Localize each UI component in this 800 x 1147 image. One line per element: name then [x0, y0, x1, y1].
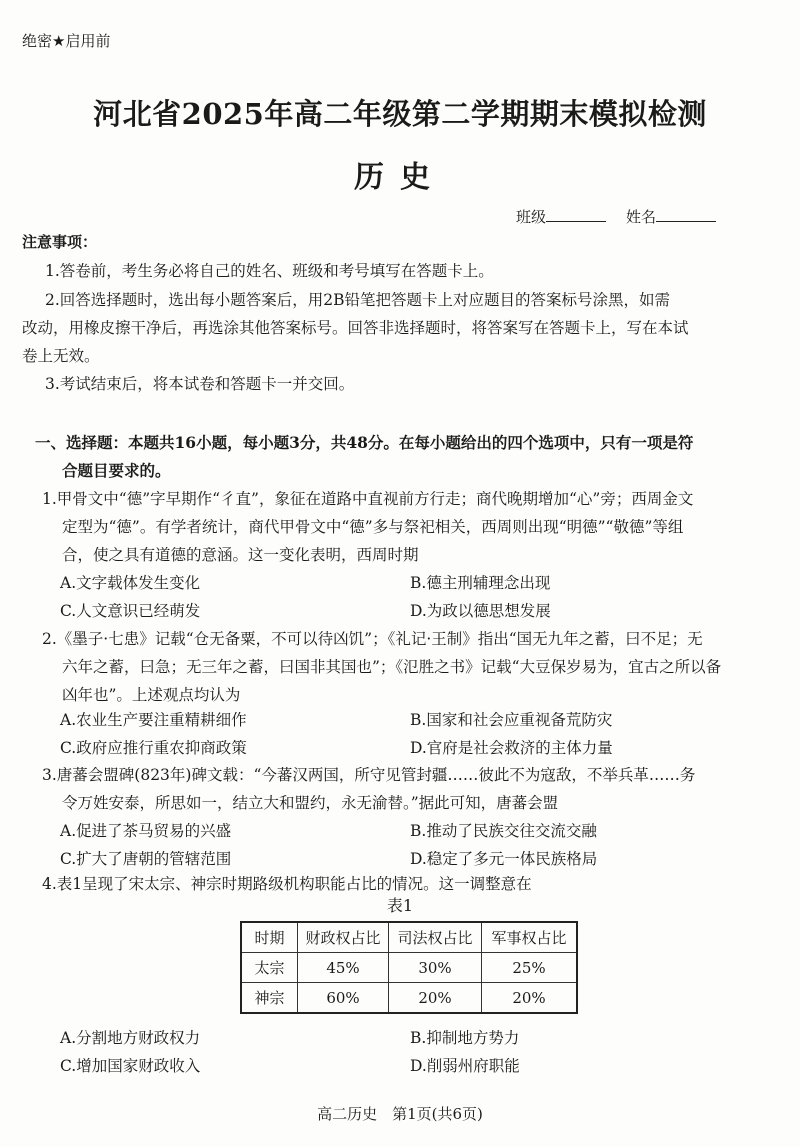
question-2-option-b: B.国家和社会应重视备荒防灾	[410, 708, 612, 730]
question-3-stem-cont: 令万姓安泰，所思如一，结立大和盟约，永无渝替。”据此可知，唐蕃会盟	[62, 791, 558, 813]
question-3-option-d: D.稳定了多元一体民族格局	[410, 847, 597, 869]
question-3-option-c: C.扩大了唐朝的管辖范围	[60, 847, 231, 869]
question-2-stem: 2.《墨子·七患》记载“仓无备粟，不可以待凶饥”；《礼记·王制》指出“国无九年之…	[42, 627, 703, 649]
question-1-option-a: A.文字载体发生变化	[60, 571, 200, 593]
table-header-cell: 军事权占比	[482, 922, 578, 953]
section-heading: 一、选择题：本题共16小题，每小题3分，共48分。在每小题给出的四个选项中，只有…	[35, 431, 693, 453]
question-4-option-a: A.分割地方财政权力	[60, 1026, 200, 1048]
table-header-row: 时期 财政权占比 司法权占比 军事权占比	[241, 922, 577, 953]
confidential-label: 绝密★启用前	[22, 30, 110, 51]
notice-item-2: 2.回答选择题时，选出每小题答案后，用2B铅笔把答题卡上对应题目的答案标号涂黑，…	[45, 288, 670, 310]
question-1-option-b: B.德主刑辅理念出现	[410, 571, 550, 593]
data-table: 时期 财政权占比 司法权占比 军事权占比 太宗 45% 30% 25% 神宗 6…	[240, 921, 578, 1014]
exam-title: 河北省2025年高二年级第二学期期末模拟检测	[0, 92, 800, 133]
table-cell: 太宗	[241, 953, 298, 983]
table-row: 神宗 60% 20% 20%	[241, 983, 577, 1014]
table-cell: 20%	[389, 983, 482, 1014]
name-blank	[656, 207, 716, 222]
question-4-option-c: C.增加国家财政收入	[60, 1054, 200, 1076]
table-header-cell: 财政权占比	[298, 922, 389, 953]
name-field: 姓名	[626, 206, 716, 227]
question-4-option-d: D.削弱州府职能	[410, 1054, 520, 1076]
table-caption: 表1	[0, 893, 800, 916]
class-blank	[546, 207, 606, 222]
table-cell: 神宗	[241, 983, 298, 1014]
question-3-stem: 3.唐蕃会盟碑(823年)碑文载：“今蕃汉两国，所守见管封疆……彼此不为寇敌，不…	[42, 763, 695, 785]
table-header-cell: 司法权占比	[389, 922, 482, 953]
table-cell: 45%	[298, 953, 389, 983]
table-row: 太宗 45% 30% 25%	[241, 953, 577, 983]
question-1-option-d: D.为政以德思想发展	[410, 599, 551, 621]
question-3-option-a: A.促进了茶马贸易的兴盛	[60, 819, 231, 841]
table-cell: 25%	[482, 953, 578, 983]
notice-item-3: 3.考试结束后，将本试卷和答题卡一并交回。	[45, 372, 354, 394]
question-1-stem-cont: 定型为“德”。有学者统计，商代甲骨文中“德”多与祭祀相关，西周则出现“明德”“敬…	[62, 515, 683, 537]
question-4-option-b: B.抑制地方势力	[410, 1026, 519, 1048]
question-1-stem-cont2: 合，使之具有道德的意涵。这一变化表明，西周时期	[62, 543, 419, 565]
subject-title: 历史	[0, 152, 800, 196]
question-2-option-d: D.官府是社会救济的主体力量	[410, 736, 613, 758]
class-label: 班级	[516, 208, 546, 226]
table-header-cell: 时期	[241, 922, 298, 953]
question-3-option-b: B.推动了民族交往交流交融	[410, 819, 597, 841]
table-cell: 60%	[298, 983, 389, 1014]
notice-heading: 注意事项：	[22, 231, 97, 252]
table-cell: 30%	[389, 953, 482, 983]
question-2-option-c: C.政府应推行重农抑商政策	[60, 736, 247, 758]
section-heading-cont: 合题目要求的。	[62, 459, 171, 481]
notice-item-1: 1.答卷前，考生务必将自己的姓名、班级和考号填写在答题卡上。	[45, 259, 494, 281]
question-2-stem-cont: 六年之蓄，曰急；无三年之蓄，曰国非其国也”；《氾胜之书》记载“大豆保岁易为，宜古…	[62, 655, 721, 677]
question-1-option-c: C.人文意识已经萌发	[60, 599, 200, 621]
question-2-stem-cont2: 凶年也”。上述观点均认为	[62, 683, 240, 705]
class-field: 班级	[516, 206, 606, 227]
notice-item-2-cont2: 卷上无效。	[22, 344, 100, 366]
page-footer: 高二历史 第1页(共6页)	[0, 1103, 800, 1124]
name-label: 姓名	[626, 208, 656, 226]
notice-item-2-cont: 改动，用橡皮擦干净后，再选涂其他答案标号。回答非选择题时，将答案写在答题卡上，写…	[22, 316, 689, 338]
question-2-option-a: A.农业生产要注重精耕细作	[60, 708, 247, 730]
table-cell: 20%	[482, 983, 578, 1014]
question-4-stem: 4.表1呈现了宋太宗、神宗时期路级机构职能占比的情况。这一调整意在	[42, 872, 532, 894]
question-1-stem: 1.甲骨文中“德”字早期作“彳直”，象征在道路中直视前方行走；商代晚期增加“心”…	[42, 487, 693, 509]
